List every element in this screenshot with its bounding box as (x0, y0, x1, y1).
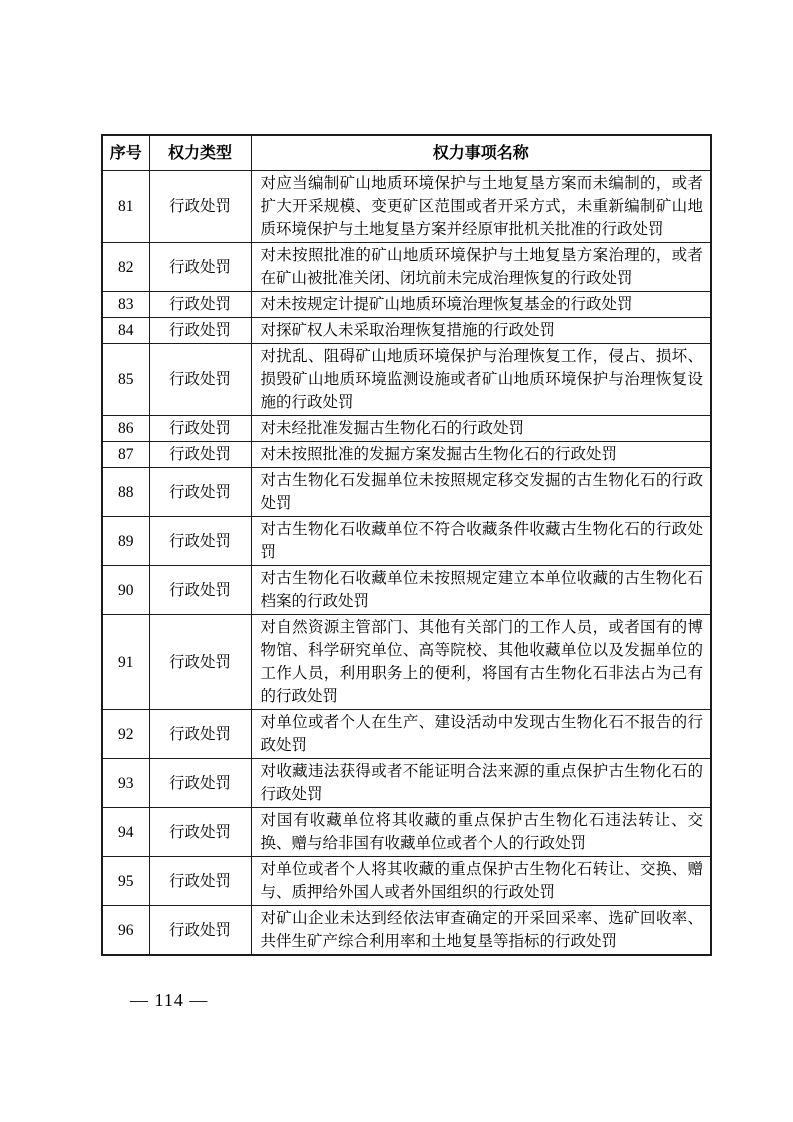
power-item-name-cell: 对未按照批准的矿山地质环境保护与土地复垦方案治理的，或者在矿山被批准关闭、闭坑前… (251, 243, 711, 292)
table-row: 90行政处罚对古生物化石收藏单位未按照规定建立本单位收藏的古生物化石档案的行政处… (102, 566, 711, 615)
power-type-cell: 行政处罚 (149, 292, 251, 318)
table-row: 88行政处罚对古生物化石发掘单位未按照规定移交发掘的古生物化石的行政处罚 (102, 468, 711, 517)
table-row: 86行政处罚对未经批准发掘古生物化石的行政处罚 (102, 416, 711, 442)
power-type-cell: 行政处罚 (149, 857, 251, 906)
row-index-cell: 94 (102, 808, 149, 857)
power-item-name-cell: 对收藏违法获得或者不能证明合法来源的重点保护古生物化石的行政处罚 (251, 759, 711, 808)
power-item-name-cell: 对未按规定计提矿山地质环境治理恢复基金的行政处罚 (251, 292, 711, 318)
power-item-name-cell: 对单位或者个人将其收藏的重点保护古生物化石转让、交换、赠与、质押给外国人或者外国… (251, 857, 711, 906)
power-item-name-cell: 对未经批准发掘古生物化石的行政处罚 (251, 416, 711, 442)
power-type-cell: 行政处罚 (149, 318, 251, 344)
power-item-name-cell: 对古生物化石发掘单位未按照规定移交发掘的古生物化石的行政处罚 (251, 468, 711, 517)
row-index-cell: 84 (102, 318, 149, 344)
power-item-name-cell: 对未按照批准的发掘方案发掘古生物化石的行政处罚 (251, 442, 711, 468)
power-type-cell: 行政处罚 (149, 759, 251, 808)
table-row: 81行政处罚对应当编制矿山地质环境保护与土地复垦方案而未编制的，或者扩大开采规模… (102, 171, 711, 243)
table-row: 89行政处罚对古生物化石收藏单位不符合收藏条件收藏古生物化石的行政处罚 (102, 517, 711, 566)
table-row: 91行政处罚对自然资源主管部门、其他有关部门的工作人员，或者国有的博物馆、科学研… (102, 615, 711, 710)
table-row: 82行政处罚对未按照批准的矿山地质环境保护与土地复垦方案治理的，或者在矿山被批准… (102, 243, 711, 292)
table-row: 96行政处罚对矿山企业未达到经依法审查确定的开采回采率、选矿回收率、共伴生矿产综… (102, 906, 711, 956)
row-index-cell: 85 (102, 344, 149, 416)
table-row: 94行政处罚对国有收藏单位将其收藏的重点保护古生物化石违法转让、交换、赠与给非国… (102, 808, 711, 857)
row-index-cell: 95 (102, 857, 149, 906)
power-type-cell: 行政处罚 (149, 710, 251, 759)
page-number: — 114 — (130, 990, 208, 1011)
power-type-cell: 行政处罚 (149, 344, 251, 416)
power-item-name-cell: 对探矿权人未采取治理恢复措施的行政处罚 (251, 318, 711, 344)
power-type-cell: 行政处罚 (149, 442, 251, 468)
power-type-cell: 行政处罚 (149, 566, 251, 615)
power-item-name-cell: 对矿山企业未达到经依法审查确定的开采回采率、选矿回收率、共伴生矿产综合利用率和土… (251, 906, 711, 956)
column-header-power-item-name: 权力事项名称 (251, 135, 711, 171)
table-body: 81行政处罚对应当编制矿山地质环境保护与土地复垦方案而未编制的，或者扩大开采规模… (102, 171, 711, 956)
power-items-table: 序号 权力类型 权力事项名称 81行政处罚对应当编制矿山地质环境保护与土地复垦方… (101, 134, 712, 956)
power-item-name-cell: 对应当编制矿山地质环境保护与土地复垦方案而未编制的，或者扩大开采规模、变更矿区范… (251, 171, 711, 243)
table-row: 83行政处罚对未按规定计提矿山地质环境治理恢复基金的行政处罚 (102, 292, 711, 318)
row-index-cell: 83 (102, 292, 149, 318)
document-page: 序号 权力类型 权力事项名称 81行政处罚对应当编制矿山地质环境保护与土地复垦方… (0, 0, 793, 1122)
table-row: 85行政处罚对扰乱、阻碍矿山地质环境保护与治理恢复工作，侵占、损坏、损毁矿山地质… (102, 344, 711, 416)
power-type-cell: 行政处罚 (149, 171, 251, 243)
table-row: 92行政处罚对单位或者个人在生产、建设活动中发现古生物化石不报告的行政处罚 (102, 710, 711, 759)
row-index-cell: 96 (102, 906, 149, 956)
row-index-cell: 91 (102, 615, 149, 710)
power-item-name-cell: 对古生物化石收藏单位未按照规定建立本单位收藏的古生物化石档案的行政处罚 (251, 566, 711, 615)
row-index-cell: 89 (102, 517, 149, 566)
row-index-cell: 82 (102, 243, 149, 292)
power-type-cell: 行政处罚 (149, 517, 251, 566)
power-item-name-cell: 对自然资源主管部门、其他有关部门的工作人员，或者国有的博物馆、科学研究单位、高等… (251, 615, 711, 710)
row-index-cell: 87 (102, 442, 149, 468)
row-index-cell: 81 (102, 171, 149, 243)
table-header-row: 序号 权力类型 权力事项名称 (102, 135, 711, 171)
table-row: 93行政处罚对收藏违法获得或者不能证明合法来源的重点保护古生物化石的行政处罚 (102, 759, 711, 808)
column-header-power-type: 权力类型 (149, 135, 251, 171)
power-type-cell: 行政处罚 (149, 808, 251, 857)
power-type-cell: 行政处罚 (149, 416, 251, 442)
table-row: 84行政处罚对探矿权人未采取治理恢复措施的行政处罚 (102, 318, 711, 344)
power-item-name-cell: 对国有收藏单位将其收藏的重点保护古生物化石违法转让、交换、赠与给非国有收藏单位或… (251, 808, 711, 857)
row-index-cell: 90 (102, 566, 149, 615)
table-row: 87行政处罚对未按照批准的发掘方案发掘古生物化石的行政处罚 (102, 442, 711, 468)
row-index-cell: 93 (102, 759, 149, 808)
power-type-cell: 行政处罚 (149, 243, 251, 292)
table-row: 95行政处罚对单位或者个人将其收藏的重点保护古生物化石转让、交换、赠与、质押给外… (102, 857, 711, 906)
power-item-name-cell: 对扰乱、阻碍矿山地质环境保护与治理恢复工作，侵占、损坏、损毁矿山地质环境监测设施… (251, 344, 711, 416)
column-header-index: 序号 (102, 135, 149, 171)
row-index-cell: 86 (102, 416, 149, 442)
power-type-cell: 行政处罚 (149, 906, 251, 956)
power-item-name-cell: 对单位或者个人在生产、建设活动中发现古生物化石不报告的行政处罚 (251, 710, 711, 759)
row-index-cell: 88 (102, 468, 149, 517)
power-item-name-cell: 对古生物化石收藏单位不符合收藏条件收藏古生物化石的行政处罚 (251, 517, 711, 566)
power-type-cell: 行政处罚 (149, 468, 251, 517)
row-index-cell: 92 (102, 710, 149, 759)
power-type-cell: 行政处罚 (149, 615, 251, 710)
